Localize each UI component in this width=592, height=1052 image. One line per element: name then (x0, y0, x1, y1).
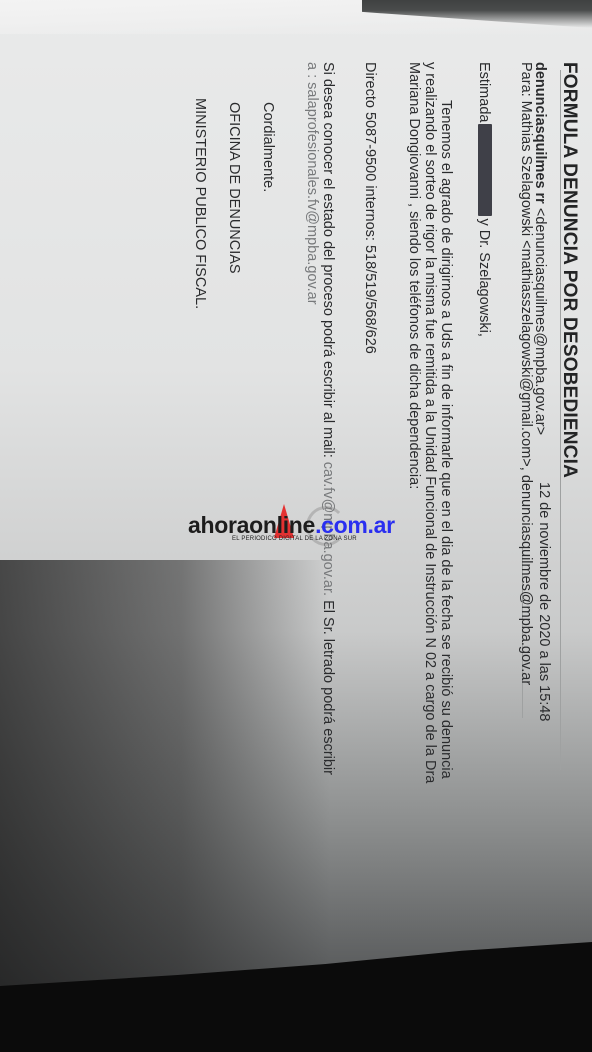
body-line-2: y realizando el sorteo de rigor la misma… (422, 62, 438, 783)
email-date: 12 de noviembre de 2020 a las 15:48 (536, 482, 552, 721)
greeting-prefix: Estimada (476, 62, 492, 122)
status-prefix: Si desea conocer el estado del proceso p… (320, 62, 336, 458)
lawyer-email-line[interactable]: a : salaprofesionales.fv@mpba.gov.ar (304, 62, 320, 305)
greeting: Estimaday Dr. Szelagowski, (476, 62, 492, 337)
recipients-line: Para: Mathias Szelagowski <mathiasszelag… (518, 62, 534, 685)
sender-line: denunciasquilmes rr <denunciasquilmes@mp… (532, 62, 548, 435)
sender-name: denunciasquilmes rr (532, 62, 548, 204)
redacted-name (478, 124, 492, 216)
watermark-brand: ahoraonline.com.ar (188, 512, 395, 539)
closing: Cordialmente. (260, 102, 276, 192)
phone-numbers: Directo 5087-9500 internos: 518/519/568/… (362, 62, 378, 354)
body-line-3: Mariana Dongiovanni , siendo los teléfon… (406, 62, 422, 489)
greeting-suffix: y Dr. Szelagowski, (476, 218, 492, 336)
document-title: FORMULA DENUNCIA POR DESOBEDIENCIA (558, 62, 580, 478)
status-suffix: El Sr. letrado podrá escribir (320, 600, 336, 775)
status-info-line: Si desea conocer el estado del proceso p… (320, 62, 336, 775)
watermark-tld: .com.ar (315, 512, 395, 538)
watermark-brand-name: ahoraonline (188, 512, 315, 538)
body-line-1: Tenemos el agrado de dirigirnos a Uds a … (438, 100, 454, 779)
office-name: OFICINA DE DENUNCIAS (226, 102, 242, 274)
watermark: ahoraonline.com.ar EL PERIODICO DIGITAL … (188, 512, 418, 552)
sender-email: <denunciasquilmes@mpba.gov.ar> (532, 208, 548, 435)
watermark-tagline: EL PERIODICO DIGITAL DE LA ZONA SUR (232, 536, 357, 542)
organization-name: MINISTERIO PUBLICO FISCAL. (192, 98, 208, 309)
